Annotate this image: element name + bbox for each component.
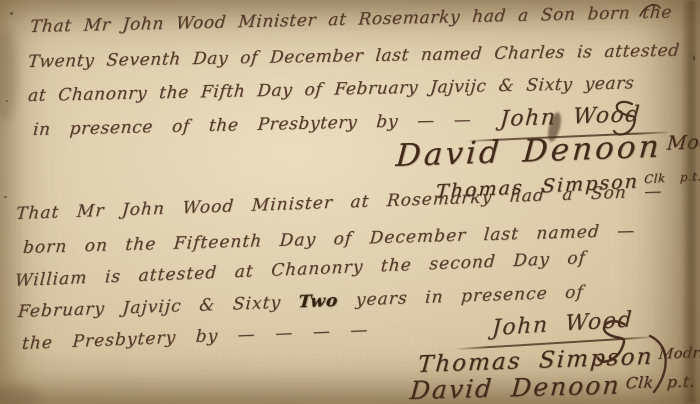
manuscript-line: Twenty Seventh Day of December last name… <box>27 41 681 72</box>
signature-name: David Denoon <box>409 371 622 404</box>
emphasized-word: Two <box>298 291 339 312</box>
page-edge-shadow <box>681 0 697 404</box>
ink-speck <box>10 12 13 15</box>
manuscript-line: the Presbytery by — — — — <box>21 320 369 354</box>
signature-david-denoon-moderator: David DenoonModr. <box>395 127 700 174</box>
ink-speck <box>4 196 7 198</box>
margin-bleedthrough <box>0 30 18 120</box>
corner-pen-mark-icon <box>638 2 662 18</box>
line-segment: years in presence of <box>355 282 584 310</box>
corner-smudge <box>0 386 40 404</box>
ink-speck <box>693 55 695 61</box>
manuscript-line: That Mr John Wood Minister at Rosemarky … <box>15 182 663 224</box>
manuscript-page: That Mr John Wood Minister at Rosemarky … <box>0 0 700 404</box>
manuscript-line: in presence of the Presbytery by — — <box>32 110 472 140</box>
manuscript-line: That Mr John Wood Minister at Rosemarky … <box>29 2 673 37</box>
manuscript-line: at Chanonry the Fifth Day of February Ja… <box>27 73 635 106</box>
signature-name: David Denoon <box>395 129 663 174</box>
line-segment: February Jajvijc & Sixty <box>17 293 281 322</box>
